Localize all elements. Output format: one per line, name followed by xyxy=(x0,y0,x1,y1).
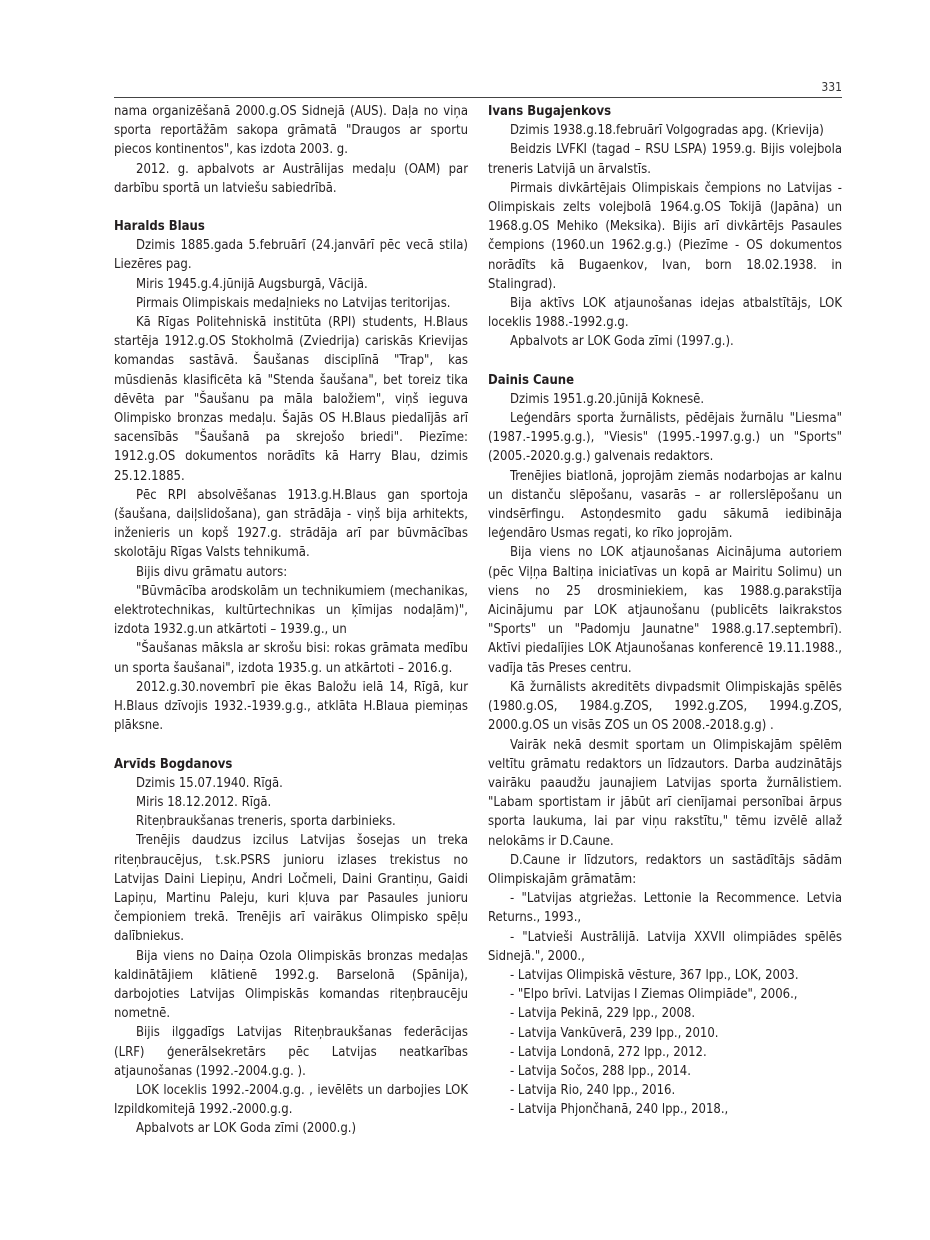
biography-entry: Haralds Blaus Dzimis 1885.gada 5.februār… xyxy=(114,217,468,735)
entry-paragraph: Bija aktīvs LOK atjaunošanas idejas atba… xyxy=(488,294,842,332)
book-list: - "Latvijas atgriežas. Lettonie la Recom… xyxy=(488,889,842,1119)
page-number: 331 xyxy=(820,80,842,94)
entry-paragraph: Pirmais Olimpiskais medaļnieks no Latvij… xyxy=(114,294,468,313)
entry-paragraph: Bija viens no Daiņa Ozola Olimpiskās bro… xyxy=(114,947,468,1024)
entry-paragraph: Trenējies biatlonā, joprojām ziemās noda… xyxy=(488,467,842,544)
entry-paragraph: Pirmais divkārtējais Olimpiskais čempion… xyxy=(488,179,842,294)
entry-paragraph: Dzimis 1938.g.18.februārī Volgogradas ap… xyxy=(488,121,842,140)
entry-paragraph: LOK loceklis 1992.-2004.g.g. , ievēlēts … xyxy=(114,1081,468,1119)
entry-paragraph: Pēc RPI absolvēšanas 1913.g.H.Blaus gan … xyxy=(114,486,468,563)
book-list-item: - "Latvieši Austrālijā. Latvija XXVII ol… xyxy=(488,928,842,966)
right-column: Ivans Bugajenkovs Dzimis 1938.g.18.febru… xyxy=(488,102,842,1120)
book-list-item: - Latvija Vankūverā, 239 lpp., 2010. xyxy=(488,1024,842,1043)
continuation-paragraph: 2012. g. apbalvots ar Austrālijas medaļu… xyxy=(114,160,468,198)
book-list-item: - "Elpo brīvi. Latvijas I Ziemas Olimpiā… xyxy=(488,985,842,1004)
book-list-item: - Latvija Pekinā, 229 lpp., 2008. xyxy=(488,1004,842,1023)
header-rule xyxy=(114,97,842,98)
entry-paragraph: "Būvmācība arodskolām un technikumiem (m… xyxy=(114,582,468,640)
book-list-item: - Latvija Phjončhanā, 240 lpp., 2018., xyxy=(488,1100,842,1119)
continuation-paragraph: nama organizēšanā 2000.g.OS Sidnejā (AUS… xyxy=(114,102,468,160)
book-list-item: - Latvija Rio, 240 lpp., 2016. xyxy=(488,1081,842,1100)
entry-paragraph: Riteņbraukšanas treneris, sporta darbini… xyxy=(114,812,468,831)
entry-paragraph: Miris 18.12.2012. Rīgā. xyxy=(114,793,468,812)
entry-paragraph: Kā Rīgas Politehniskā institūta (RPI) st… xyxy=(114,313,468,486)
entry-name: Arvīds Bogdanovs xyxy=(114,755,468,774)
entry-paragraph: "Šaušanas māksla ar skrošu bisi: rokas g… xyxy=(114,639,468,677)
entry-paragraph: Dzimis 1885.gada 5.februārī (24.janvārī … xyxy=(114,236,468,274)
entry-paragraph: Dzimis 15.07.1940. Rīgā. xyxy=(114,774,468,793)
book-list-item: - Latvija Sočos, 288 lpp., 2014. xyxy=(488,1062,842,1081)
entry-paragraph: Bijis ilggadīgs Latvijas Riteņbraukšanas… xyxy=(114,1023,468,1081)
entry-paragraph: Apbalvots ar LOK Goda zīmi (1997.g.). xyxy=(488,332,842,351)
biography-entry: Arvīds Bogdanovs Dzimis 15.07.1940. Rīgā… xyxy=(114,755,468,1139)
left-column: nama organizēšanā 2000.g.OS Sidnejā (AUS… xyxy=(114,102,468,1139)
entry-paragraph: Trenējis daudzus izcilus Latvijas šoseja… xyxy=(114,831,468,946)
entry-paragraph: Miris 1945.g.4.jūnijā Augsburgā, Vācijā. xyxy=(114,275,468,294)
entry-paragraph: Bija viens no LOK atjaunošanas Aicinājum… xyxy=(488,543,842,677)
entry-name: Dainis Caune xyxy=(488,371,842,390)
book-list-item: - "Latvijas atgriežas. Lettonie la Recom… xyxy=(488,889,842,927)
entry-paragraph: Dzimis 1951.g.20.jūnijā Koknesē. xyxy=(488,390,842,409)
entry-name: Ivans Bugajenkovs xyxy=(488,102,842,121)
entry-paragraph: Vairāk nekā desmit sportam un Olimpiskaj… xyxy=(488,736,842,851)
entry-paragraph: Bijis divu grāmatu autors: xyxy=(114,563,468,582)
entry-paragraph: D.Caune ir līdzutors, redaktors un sastā… xyxy=(488,851,842,889)
entry-paragraph: 2012.g.30.novembrī pie ēkas Baložu ielā … xyxy=(114,678,468,736)
biography-entry: Dainis Caune Dzimis 1951.g.20.jūnijā Kok… xyxy=(488,371,842,1120)
biography-entry: Ivans Bugajenkovs Dzimis 1938.g.18.febru… xyxy=(488,102,842,352)
entry-paragraph: Beidzis LVFKI (tagad – RSU LSPA) 1959.g.… xyxy=(488,140,842,178)
entry-name: Haralds Blaus xyxy=(114,217,468,236)
entry-paragraph: Kā žurnālists akreditēts divpadsmit Olim… xyxy=(488,678,842,736)
book-list-item: - Latvija Londonā, 272 lpp., 2012. xyxy=(488,1043,842,1062)
entry-paragraph: Leģendārs sporta žurnālists, pēdējais žu… xyxy=(488,409,842,467)
entry-paragraph: Apbalvots ar LOK Goda zīmi (2000.g.) xyxy=(114,1119,468,1138)
book-list-item: - Latvijas Olimpiskā vēsture, 367 lpp., … xyxy=(488,966,842,985)
